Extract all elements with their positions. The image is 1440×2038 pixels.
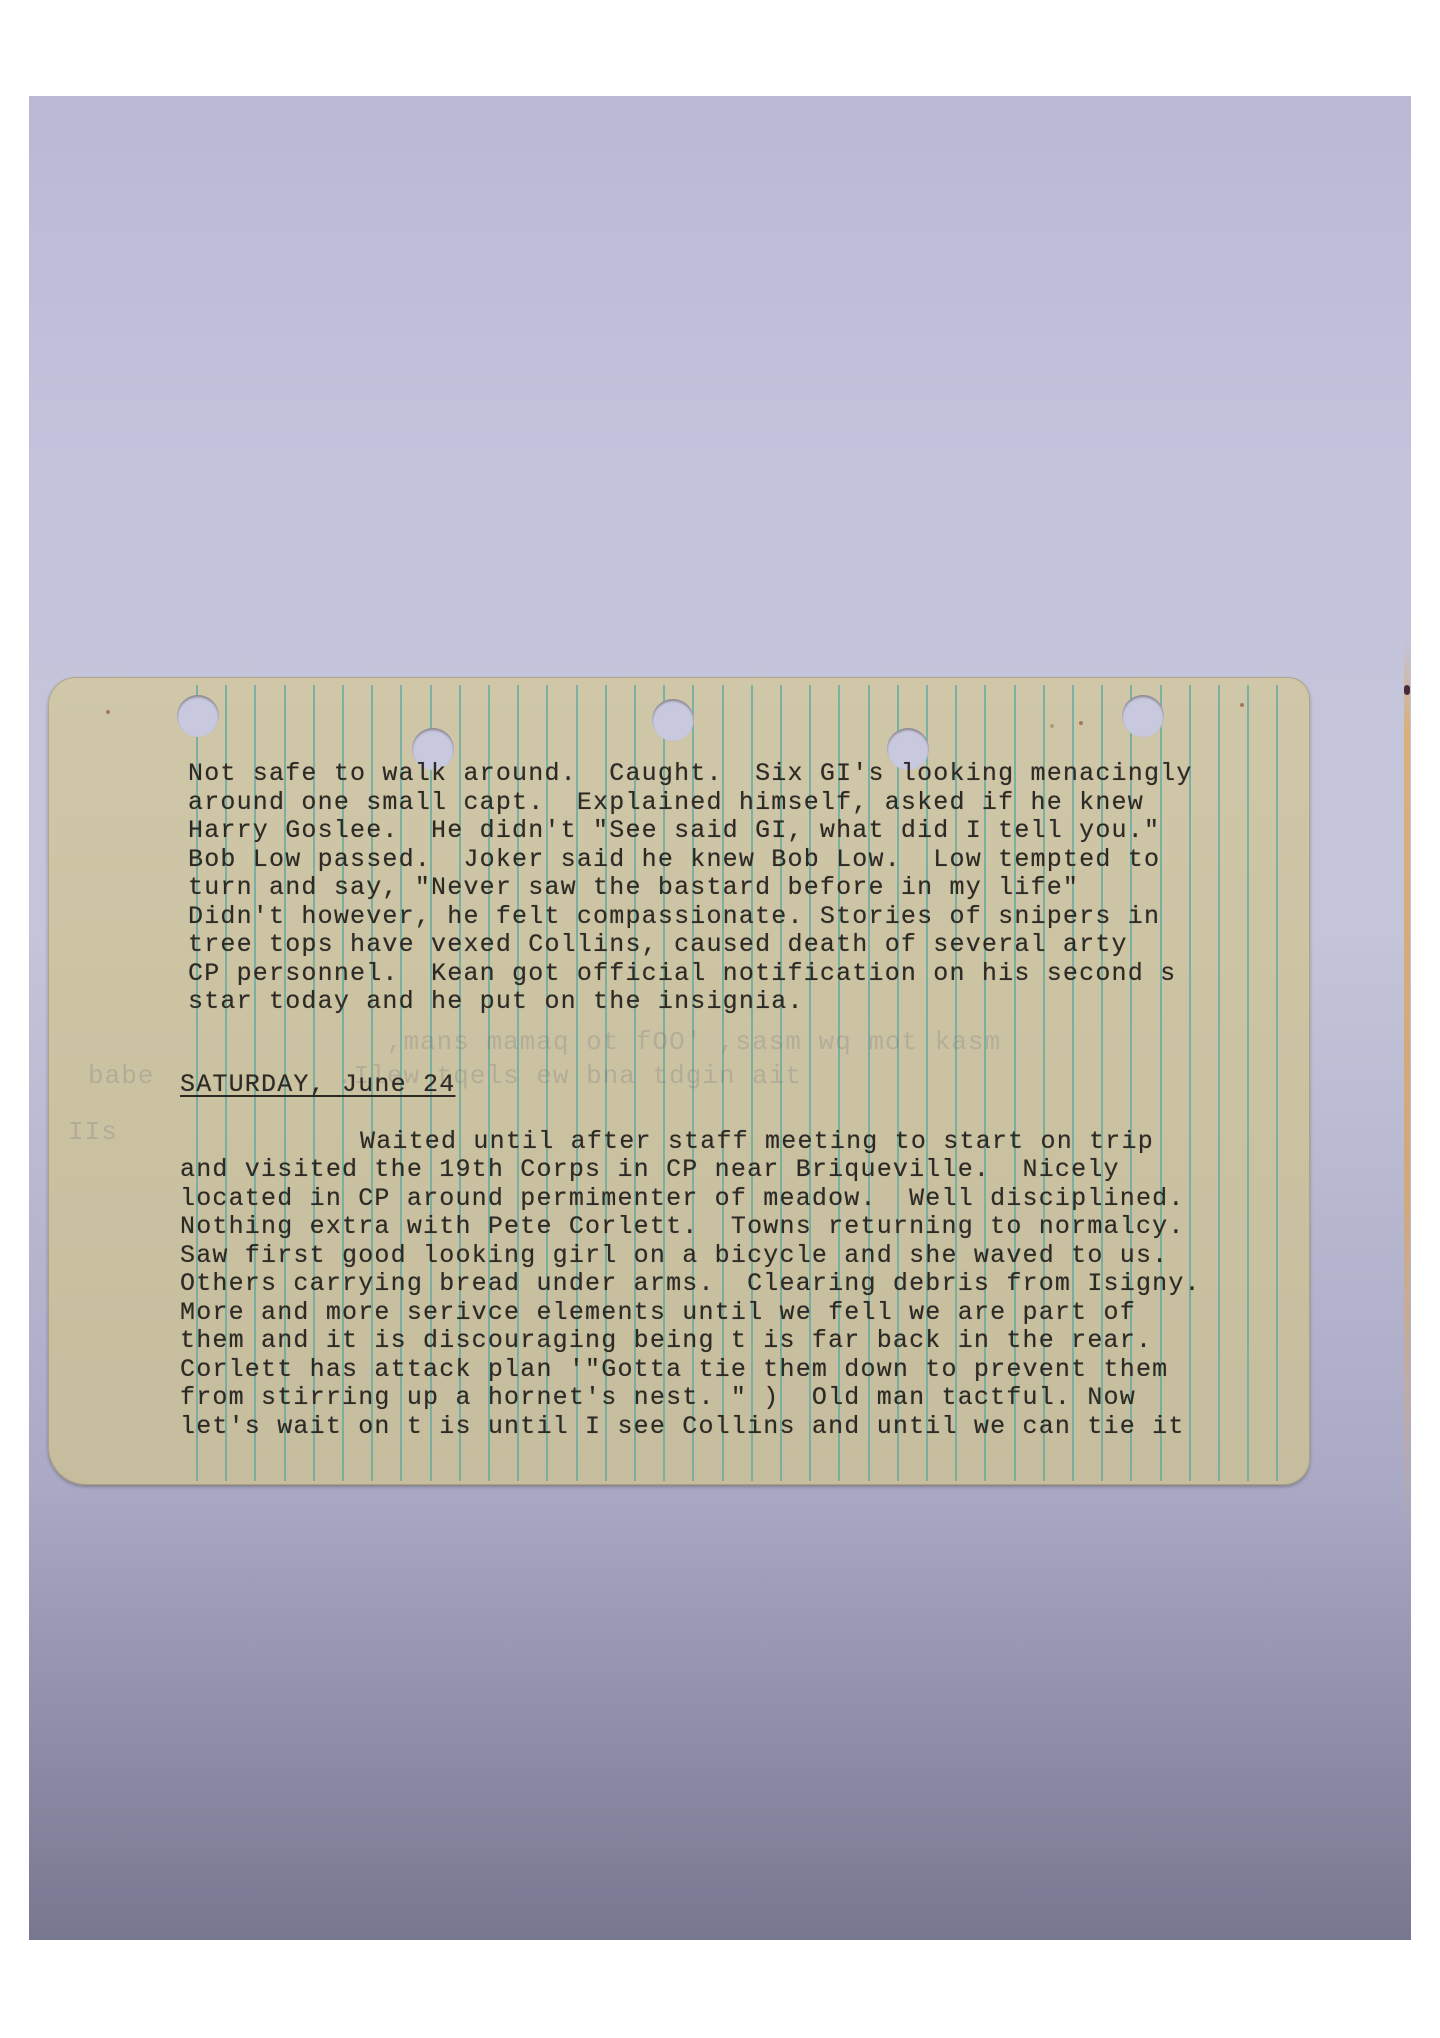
text-line: located in CP around permimenter of mead… — [180, 1185, 1310, 1214]
paper-speck — [106, 710, 110, 714]
date-heading: SATURDAY, June 24 — [180, 1071, 1310, 1100]
text-line: Bob Low passed. Joker said he knew Bob L… — [188, 846, 1308, 875]
text-line: Nothing extra with Pete Corlett. Towns r… — [180, 1213, 1310, 1242]
punch-hole — [1122, 695, 1164, 737]
text-line: Corlett has attack plan '"Gotta tie them… — [180, 1356, 1310, 1385]
paper-speck — [1240, 703, 1244, 707]
text-line: Others carrying bread under arms. Cleari… — [180, 1270, 1310, 1299]
text-line: CP personnel. Kean got official notifica… — [188, 960, 1308, 989]
text-line: and visited the 19th Corps in CP near Br… — [180, 1156, 1310, 1185]
paragraph-1: Not safe to walk around. Caught. Six GI'… — [188, 760, 1308, 1017]
text-line: from stirring up a hornet's nest. " ) Ol… — [180, 1384, 1310, 1413]
text-line: let's wait on t is until I see Collins a… — [180, 1413, 1310, 1442]
text-line: around one small capt. Explained himself… — [188, 789, 1308, 818]
text-line: Not safe to walk around. Caught. Six GI'… — [188, 760, 1308, 789]
text-line: Saw first good looking girl on a bicycle… — [180, 1242, 1310, 1271]
punch-hole — [177, 695, 219, 737]
diary-card: ,mans mamaq ot fOO' ,sasm wq mot kasm ba… — [48, 677, 1310, 1485]
text-line: Didn't however, he felt compassionate. S… — [188, 903, 1308, 932]
text-line: turn and say, "Never saw the bastard bef… — [188, 874, 1308, 903]
text-line: them and it is discouraging being t is f… — [180, 1327, 1310, 1356]
punch-hole — [652, 699, 694, 741]
text-line: star today and he put on the insignia. — [188, 988, 1308, 1017]
paragraph-2: SATURDAY, June 24 Waited until after sta… — [180, 1071, 1310, 1441]
text-line: Waited until after staff meeting to star… — [180, 1128, 1310, 1157]
text-line: tree tops have vexed Collins, caused dea… — [188, 931, 1308, 960]
paper-speck — [1079, 721, 1083, 725]
photo-right-edge — [1404, 640, 1410, 1540]
text-line: More and more serivce elements until we … — [180, 1299, 1310, 1328]
bleed-through-text: ,mans mamaq ot fOO' ,sasm wq mot kasm — [88, 1027, 1001, 1057]
text-line: Harry Goslee. He didn't "See said GI, wh… — [188, 817, 1308, 846]
stain-mark — [1404, 685, 1410, 695]
spacer — [180, 1100, 1310, 1128]
paper-speck — [1050, 724, 1054, 728]
